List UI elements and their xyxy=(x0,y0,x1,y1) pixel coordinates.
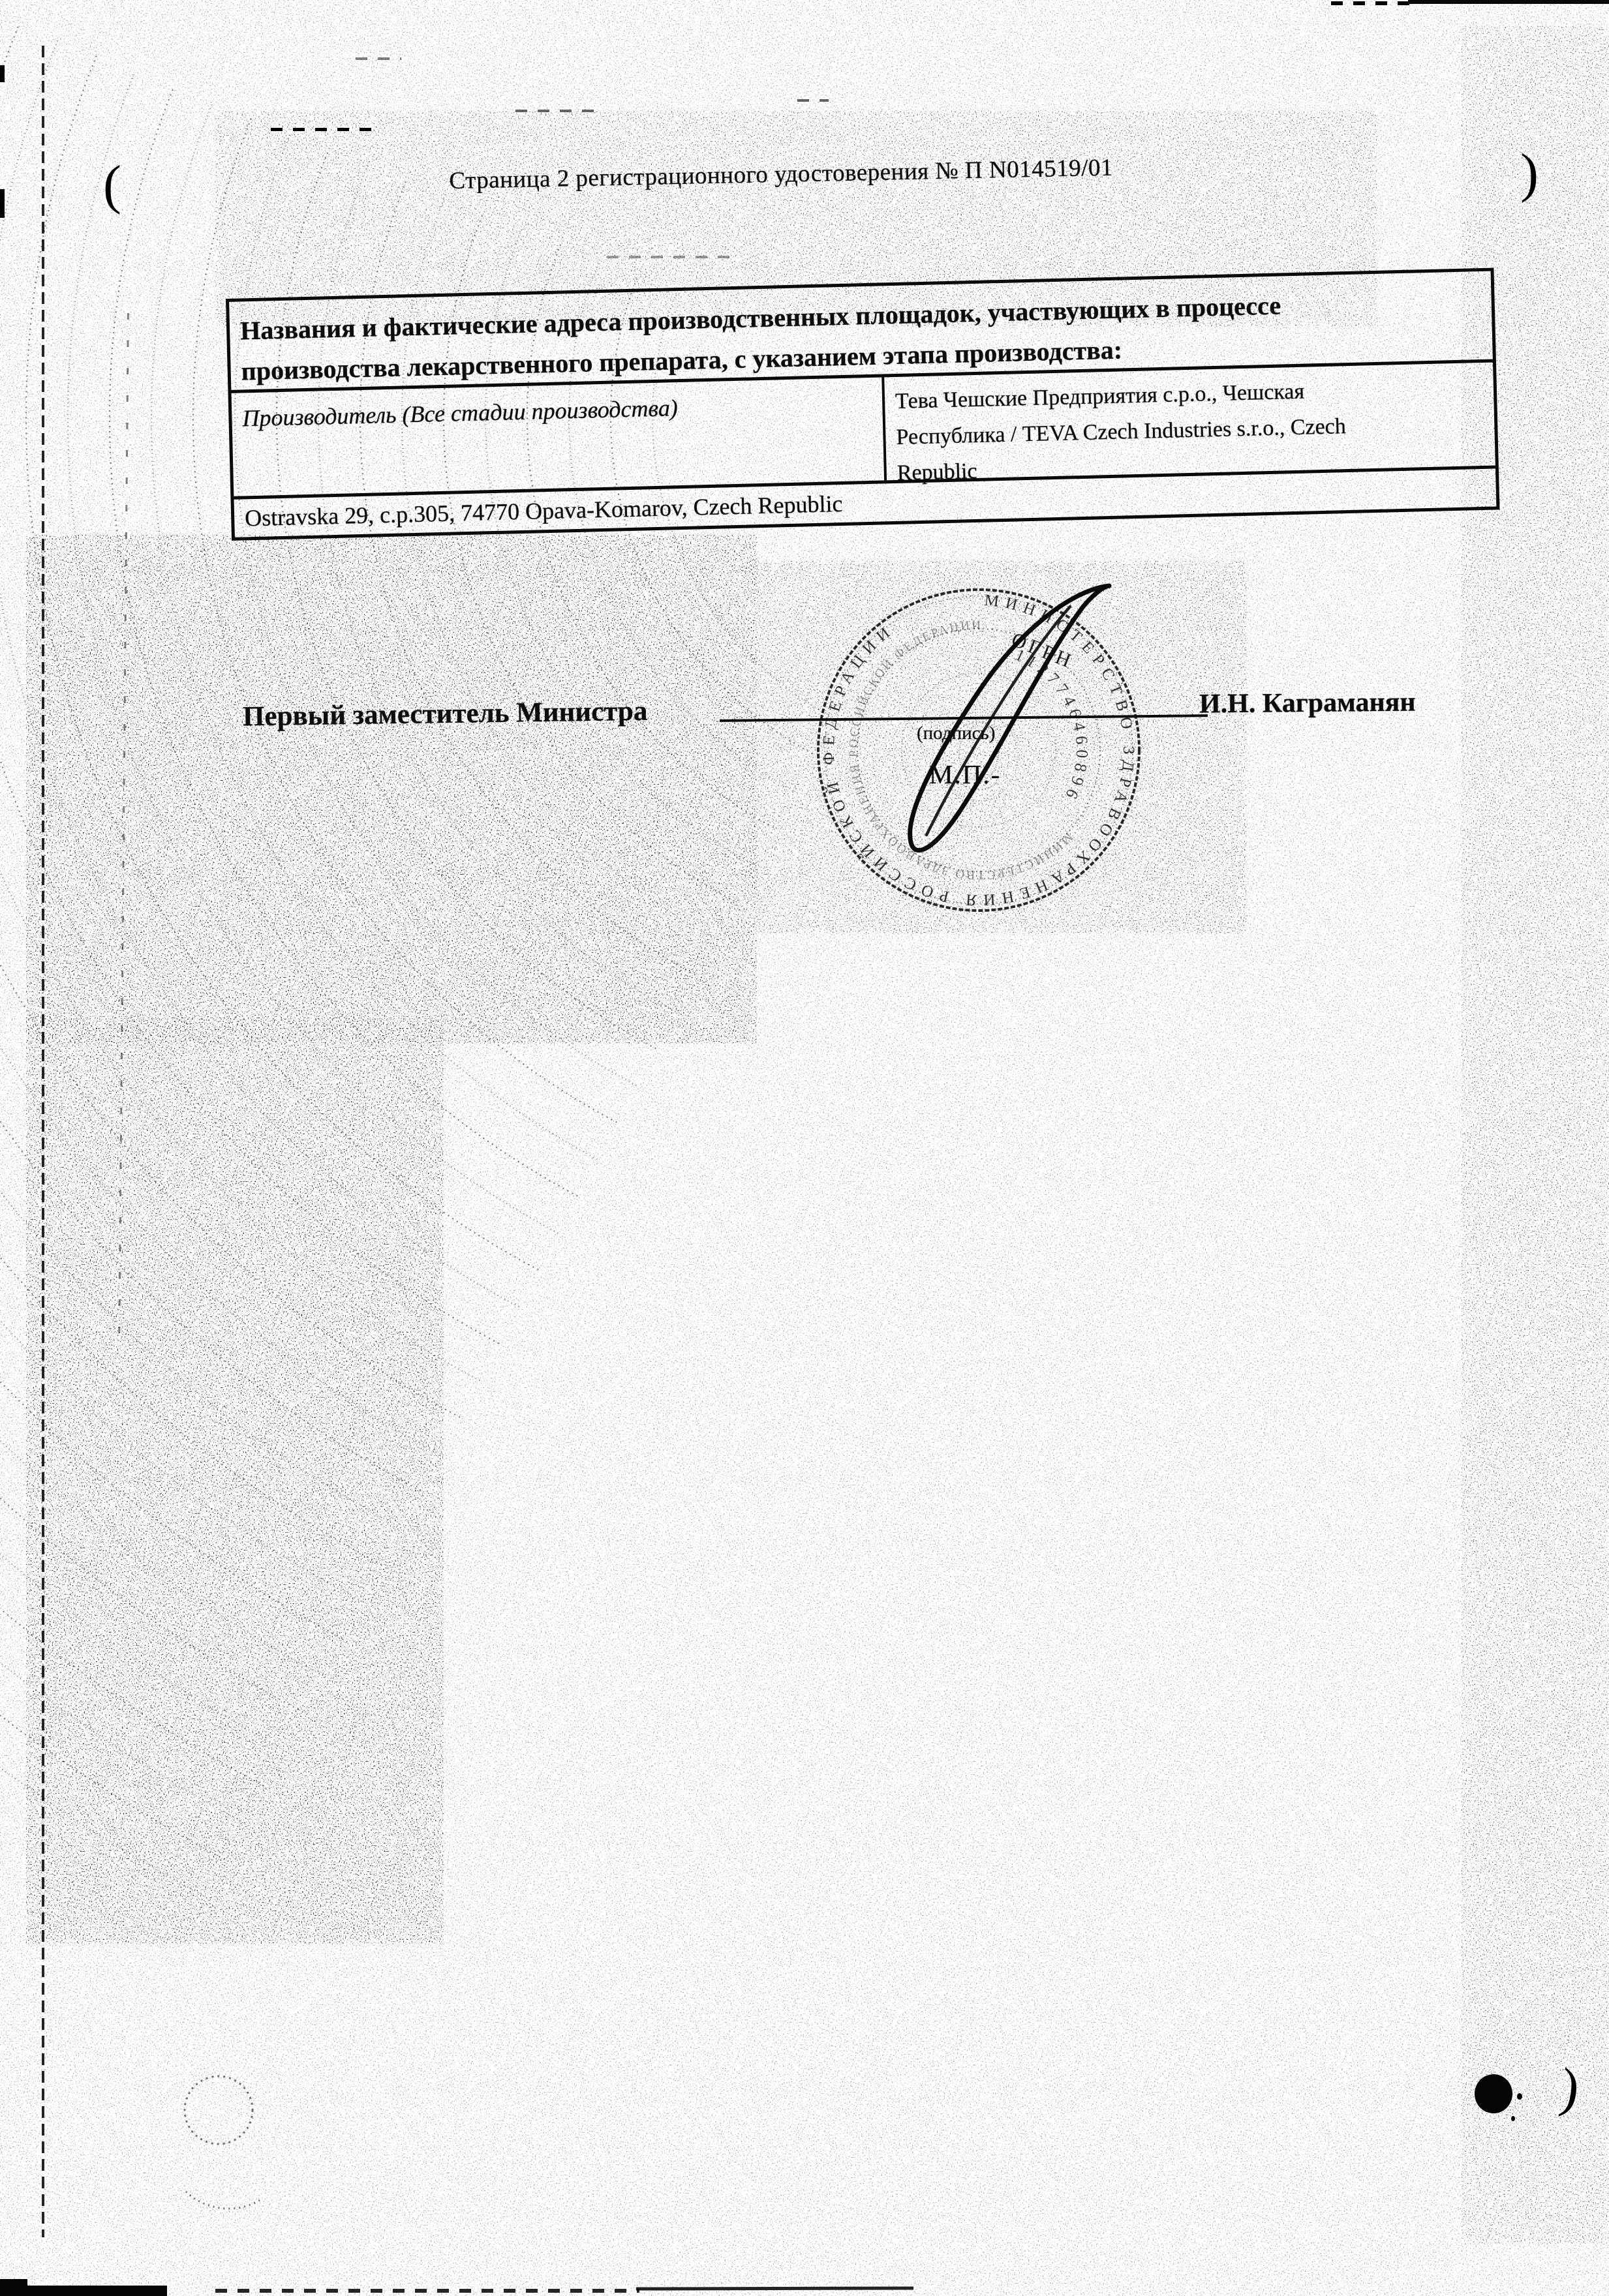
top-right-rule xyxy=(1408,0,1609,4)
speckle-swirl-column xyxy=(26,1018,444,1944)
punch-hole-mark xyxy=(1475,2074,1512,2113)
right-paren-artifact: ) xyxy=(1520,146,1539,201)
ministry-round-stamp: МИНИСТЕРСТВО ЗДРАВООХРАНЕНИЯ РОССИЙСКОЙ … xyxy=(750,567,1246,933)
left-edge-tick-2 xyxy=(0,189,5,218)
bottom-dashed-rule xyxy=(215,2289,639,2293)
top-dash-cluster-3 xyxy=(356,57,401,60)
top-dash-cluster-1 xyxy=(271,128,375,131)
stamp-inner-ring xyxy=(902,673,1056,827)
bottom-left-ink-bar-2 xyxy=(0,2279,27,2287)
left-edge-tick-1 xyxy=(0,65,5,82)
signer-name: И.Н. Каграманян xyxy=(1199,687,1416,720)
signer-title: Первый заместитель Министра xyxy=(243,695,648,733)
seal-place-mark: М.П.- xyxy=(929,759,1001,790)
producer-name-cell: Тева Чешские Предприятия с.р.о., Чешская… xyxy=(884,363,1495,481)
top-right-dashed-rule xyxy=(1331,1,1409,5)
production-sites-table: Названия и фактические адреса производст… xyxy=(226,268,1499,541)
scanned-document-page: { "document": { "page_header": "Страница… xyxy=(0,0,1609,2296)
left-margin-fold-line xyxy=(42,46,44,2237)
bottom-left-ink-bar xyxy=(0,2286,167,2296)
mid-dash-cluster xyxy=(607,256,737,258)
producer-role-cell: Производитель (Все стадии производства) xyxy=(232,377,887,496)
top-dash-cluster-4 xyxy=(797,99,829,102)
speckle-swirl-wide xyxy=(26,535,757,1044)
signature-caption: (подпись) xyxy=(917,723,995,744)
top-dash-cluster-2 xyxy=(515,110,600,112)
stamp-outer-border xyxy=(818,590,1139,911)
left-paren-artifact: ( xyxy=(103,158,121,213)
